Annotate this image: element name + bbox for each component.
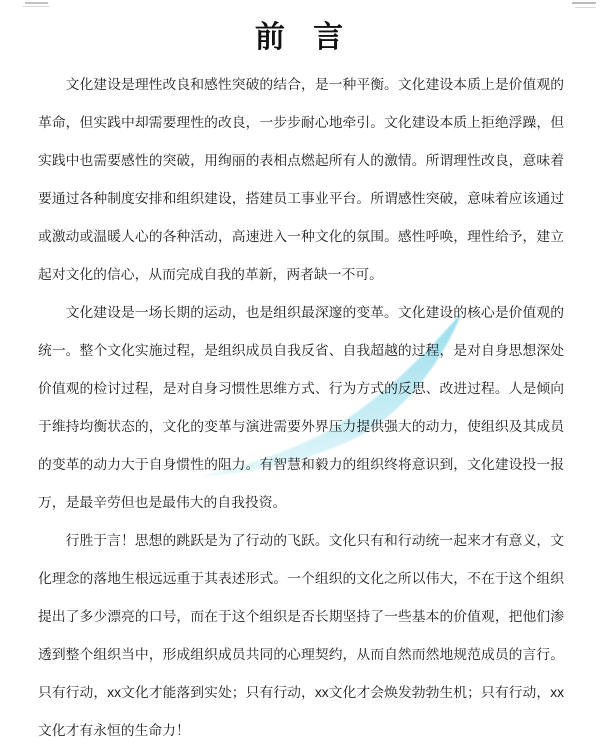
paragraph-1: 文化建设是理性改良和感性突破的结合，是一种平衡。文化建设本质上是价值观的革命，但… xyxy=(38,66,564,294)
page-title: 前 言 xyxy=(0,0,600,56)
document-body: 文化建设是理性改良和感性突破的结合，是一种平衡。文化建设本质上是价值观的革命，但… xyxy=(38,66,564,750)
scan-artifact-top-right xyxy=(572,2,596,4)
scan-artifact-top-left-2 xyxy=(23,6,49,7)
paragraph-2: 文化建设是一场长期的运动，也是组织最深邃的变革。文化建设的核心是价值观的统一。整… xyxy=(38,294,564,522)
scan-artifact-top-left xyxy=(25,2,48,4)
scan-artifact-top-right-2 xyxy=(575,7,596,8)
document-page: 前 言 文化建设是理性改良和感性突破的结合，是一种平衡。文化建设本质上是价值观的… xyxy=(0,0,600,756)
paragraph-3: 行胜于言！思想的跳跃是为了行动的飞跃。文化只有和行动统一起来才有意义，文化理念的… xyxy=(38,522,564,750)
